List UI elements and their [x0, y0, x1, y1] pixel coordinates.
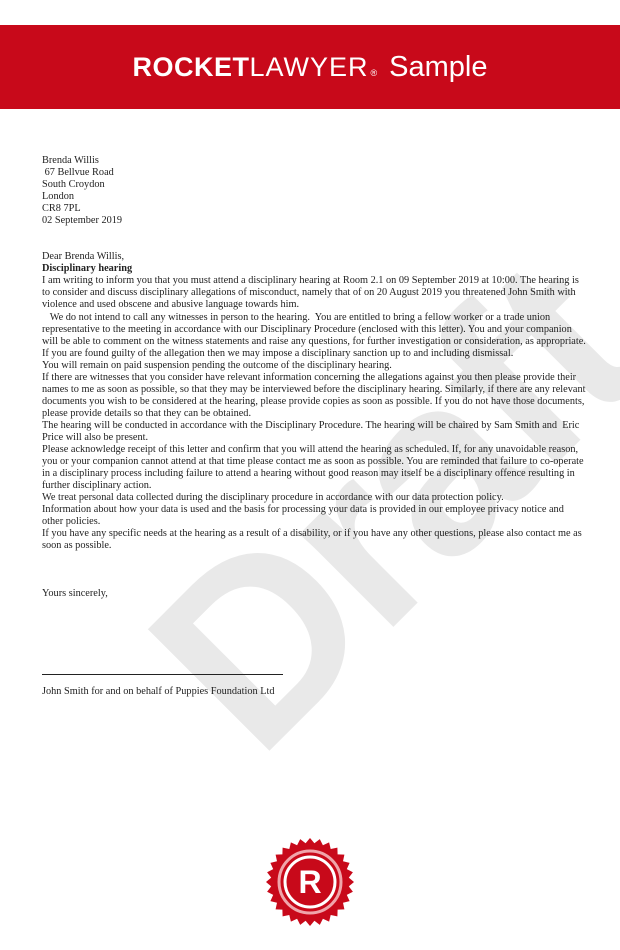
- body-paragraph: Information about how your data is used …: [42, 504, 587, 528]
- body-paragraph: We treat personal data collected during …: [42, 492, 587, 504]
- rocket-lawyer-seal-icon: R: [266, 838, 354, 926]
- brand-logo: ROCKET LAWYER ® Sample: [133, 51, 488, 84]
- closing: Yours sincerely,: [42, 588, 587, 600]
- recipient-name: Brenda Willis: [42, 155, 587, 167]
- body-paragraph: If you have any specific needs at the he…: [42, 528, 587, 552]
- seal-letter: R: [298, 864, 321, 900]
- subject-heading: Disciplinary hearing: [42, 263, 587, 275]
- address-postcode: CR8 7PL: [42, 203, 587, 215]
- body-paragraph: If there are witnesses that you consider…: [42, 372, 587, 420]
- signatory: John Smith for and on behalf of Puppies …: [42, 686, 587, 698]
- salutation: Dear Brenda Willis,: [42, 251, 587, 263]
- address-line-2: South Croydon: [42, 179, 587, 191]
- address-city: London: [42, 191, 587, 203]
- brand-name-light: LAWYER: [250, 52, 369, 83]
- body-paragraph: We do not intend to call any witnesses i…: [42, 312, 587, 348]
- address-line-1: 67 Bellvue Road: [42, 167, 587, 179]
- body-paragraph: If you are found guilty of the allegatio…: [42, 348, 587, 360]
- header-banner: ROCKET LAWYER ® Sample: [0, 25, 620, 109]
- body-paragraph: You will remain on paid suspension pendi…: [42, 360, 587, 372]
- recipient-address: Brenda Willis 67 Bellvue Road South Croy…: [42, 155, 587, 227]
- registered-mark: ®: [371, 68, 378, 78]
- brand-name-bold: ROCKET: [133, 52, 250, 83]
- body-paragraph: The hearing will be conducted in accorda…: [42, 420, 587, 444]
- body-paragraph: Please acknowledge receipt of this lette…: [42, 444, 587, 492]
- letter-date: 02 September 2019: [42, 215, 587, 227]
- signature-line: [42, 674, 283, 675]
- letter-body: I am writing to inform you that you must…: [42, 275, 587, 552]
- letter-document: Brenda Willis 67 Bellvue Road South Croy…: [42, 155, 587, 698]
- sample-label: Sample: [389, 51, 487, 84]
- body-paragraph: I am writing to inform you that you must…: [42, 275, 587, 311]
